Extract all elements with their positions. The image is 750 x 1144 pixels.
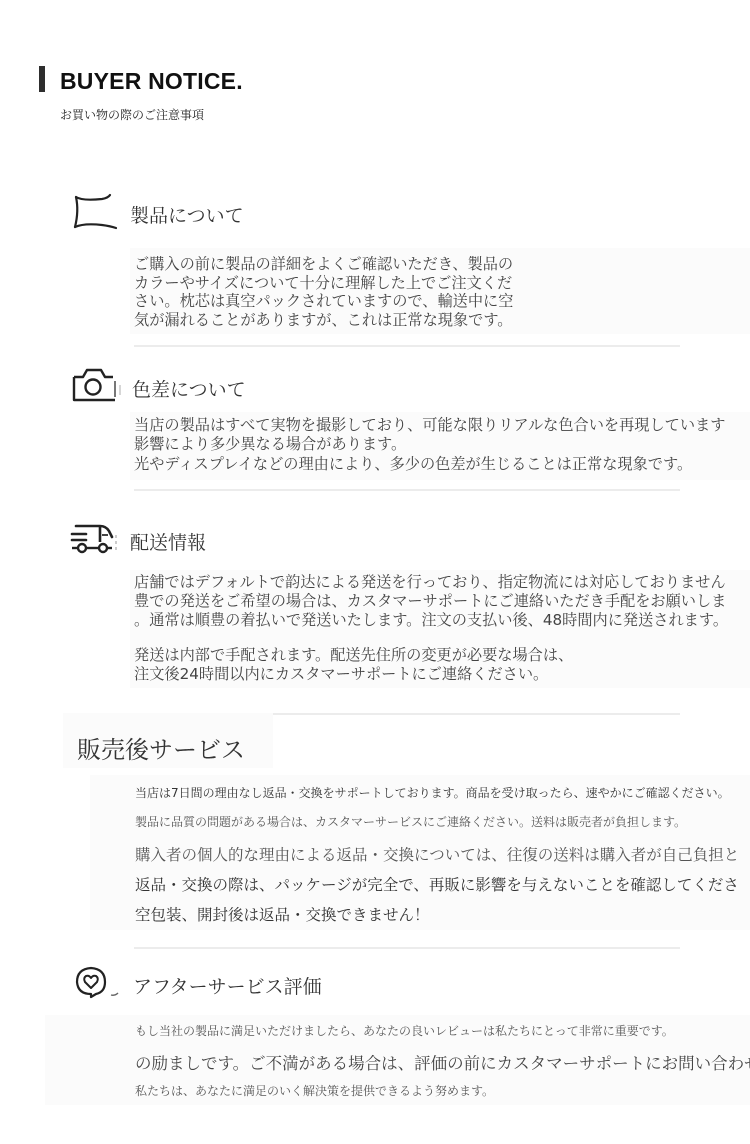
divider xyxy=(134,345,680,347)
divider xyxy=(134,489,680,491)
body-line: 当店の製品はすべて実物を撮影しており、可能な限りリアルな色合いを再現しています xyxy=(134,416,725,435)
body-line: 店舗ではデフォルトで韵达による発送を行っており、指定物流には対応しておりません xyxy=(134,573,726,592)
body-line: 製品に品質の問題がある場合は、カスタマーサービスにご連絡ください。送料は販売者が… xyxy=(135,813,686,830)
section-title-color-difference: 色差について xyxy=(132,375,246,402)
body-line: さい。枕芯は真空パックされていますので、輸送中に空 xyxy=(134,292,513,311)
body-line: の励ましです。ご不満がある場合は、評価の前にカスタマーサポートにお問い合わせく xyxy=(135,1050,750,1074)
body-line: 発送は内部で手配されます。配送先住所の変更が必要な場合は、 xyxy=(134,646,573,665)
body-line: 豊での発送をご希望の場合は、カスタマーサポートにご連絡いただき手配をお願いしま xyxy=(134,592,726,611)
page-subtitle: お買い物の際のご注意事項 xyxy=(60,106,204,123)
body-line: カラーやサイズについて十分に理解した上でご注文くだ xyxy=(134,274,512,293)
divider xyxy=(134,947,680,949)
section-title-shipping: 配送情報 xyxy=(130,528,206,555)
pillow-icon xyxy=(72,193,118,231)
section-body-after-sales: 当店は7日間の理由なし返品・交換をサポートしております。商品を受け取ったら、速や… xyxy=(90,775,750,930)
section-body-color-difference: 当店の製品はすべて実物を撮影しており、可能な限りリアルな色合いを再現しています … xyxy=(130,412,750,480)
camera-icon xyxy=(71,367,123,403)
header-accent-bar xyxy=(39,66,45,92)
body-line: 空包装、開封後は返品・交換できません！ xyxy=(135,903,430,925)
body-line: 注文後24時間以内にカスタマーサポートにご連絡ください。 xyxy=(134,665,548,684)
section-title-after-sales: 販売後サービス xyxy=(77,730,245,765)
section-body-review: もし当社の製品に満足いただけましたら、あなたの良いレビューは私たちにとって非常に… xyxy=(45,1015,750,1105)
body-line: 気が漏れることがありますが、これは正常な現象です。 xyxy=(134,311,512,330)
body-line: 当店は7日間の理由なし返品・交換をサポートしております。商品を受け取ったら、速や… xyxy=(135,784,730,801)
body-line: 返品・交換の際は、パッケージが完全で、再販に影響を与えないことを確認してくださ xyxy=(135,873,739,895)
section-body-product: ご購入の前に製品の詳細をよくご確認いただき、製品の カラーやサイズについて十分に… xyxy=(130,248,750,334)
body-line: ご購入の前に製品の詳細をよくご確認いただき、製品の xyxy=(134,255,513,274)
body-line: 光やディスプレイなどの理由により、多少の色差が生じることは正常な現象です。 xyxy=(134,455,692,474)
section-title-product: 製品について xyxy=(130,201,244,228)
heart-chat-icon xyxy=(74,965,122,999)
body-line: もし当社の製品に満足いただけましたら、あなたの良いレビューは私たちにとって非常に… xyxy=(135,1022,674,1039)
delivery-truck-icon xyxy=(70,521,122,557)
section-body-shipping: 店舗ではデフォルトで韵达による発送を行っており、指定物流には対応しておりません … xyxy=(130,570,750,688)
body-line: 私たちは、あなたに満足のいく解決策を提供できるよう努めます。 xyxy=(135,1082,494,1099)
body-line: 。通常は順豊の着払いで発送いたします。注文の支払い後、48時間内に発送されます。 xyxy=(134,611,728,630)
page-title: BUYER NOTICE. xyxy=(60,68,243,95)
section-title-review: アフターサービス評価 xyxy=(133,972,322,999)
body-line: 影響により多少異なる場合があります。 xyxy=(134,435,406,454)
body-line: 購入者の個人的な理由による返品・交換については、往復の送料は購入者が自己負担と xyxy=(135,843,739,865)
